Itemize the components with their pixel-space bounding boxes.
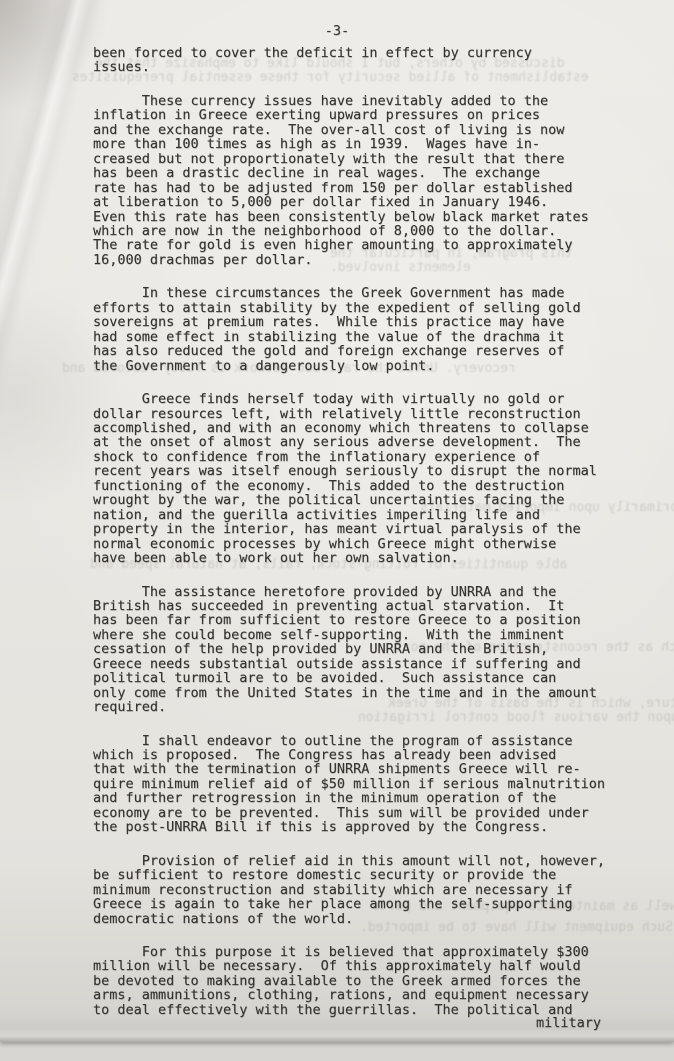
paragraph-currency-issues: These currency issues have inevitably ad… xyxy=(93,94,658,267)
paragraph-unrra-assistance: The assistance heretofore provided by UN… xyxy=(93,585,658,715)
paragraph-program-outline: I shall endeavor to outline the program … xyxy=(93,734,658,835)
document-text: been forced to cover the deficit in effe… xyxy=(93,46,658,1036)
paragraph-greece-finds-herself: Greece finds herself today with virtuall… xyxy=(93,392,658,565)
page-number: -3- xyxy=(0,23,674,39)
scanned-document-page: discussed by others, but I should like t… xyxy=(0,0,674,1061)
paragraph-continuation: been forced to cover the deficit in effe… xyxy=(93,46,658,75)
paragraph-gold-sovereigns: In these circumstances the Greek Governm… xyxy=(93,286,658,373)
paragraph-relief-aid-provision: Provision of relief aid in this amount w… xyxy=(93,854,658,926)
paragraph-300-million: For this purpose it is believed that app… xyxy=(93,945,658,1017)
paper-sheet: discussed by others, but I should like t… xyxy=(0,0,674,1042)
catchword: military xyxy=(536,1015,601,1031)
